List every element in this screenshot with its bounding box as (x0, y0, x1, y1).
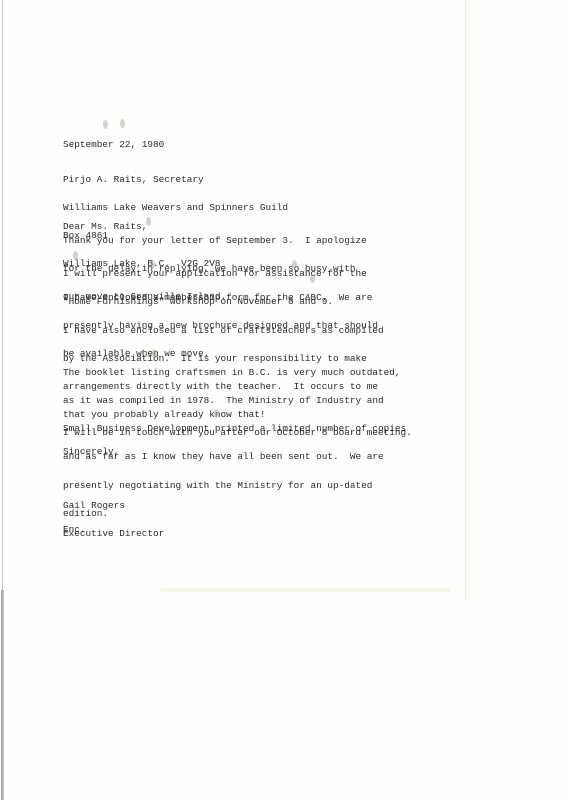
scanned-letter-page: September 22, 1980 Pirjo A. Raits, Secre… (0, 0, 565, 800)
scan-smudge (152, 349, 157, 358)
closing: Sincerely, (63, 428, 119, 475)
paragraph-line: The booklet listing craftsmen in B.C. is… (63, 368, 406, 377)
scan-smudge (120, 119, 125, 128)
scan-smudge (103, 120, 108, 129)
paragraph-line: I have enclosed a membership form for th… (63, 293, 378, 302)
scan-smudge (310, 274, 315, 283)
scan-smudge (150, 260, 155, 269)
paragraph-line: Thank you for your letter of September 3… (63, 236, 367, 245)
enclosure-text: Enc. (63, 525, 97, 534)
page-edge-shadow (2, 0, 3, 590)
paragraph-line: as it was compiled in 1978. The Ministry… (63, 396, 406, 405)
scan-smudge (292, 260, 297, 269)
scan-smudge (146, 217, 151, 226)
scan-smudge (73, 251, 78, 260)
paragraph-line: I have also enclosed a list of craftstea… (63, 326, 384, 335)
page-edge-shadow-lower (1, 590, 4, 800)
scan-smudge (214, 409, 219, 418)
recipient-line: Pirjo A. Raits, Secretary (63, 175, 288, 184)
date-text: September 22, 1980 (63, 140, 164, 149)
closing-text: Sincerely, (63, 447, 119, 456)
page-fold-line (465, 0, 466, 600)
enclosure-note: Enc. (63, 506, 97, 553)
bleed-through-text (160, 588, 450, 592)
letter-body: September 22, 1980 Pirjo A. Raits, Secre… (63, 0, 463, 235)
